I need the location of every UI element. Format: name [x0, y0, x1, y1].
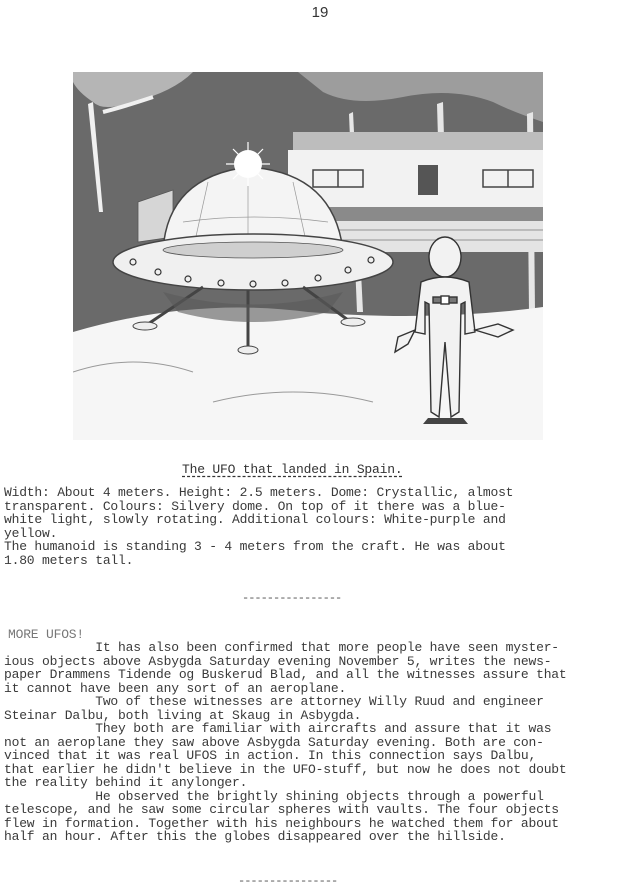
page-number: 19	[0, 4, 640, 21]
illustration-caption: The UFO that landed in Spain.	[182, 463, 402, 477]
ufo-landing-illustration	[73, 72, 543, 440]
article-body: It has also been confirmed that more peo…	[4, 641, 567, 844]
section-separator: ----------------	[242, 591, 341, 605]
ufo-description: Width: About 4 meters. Height: 2.5 meter…	[4, 486, 513, 567]
description-line: white light, slowly rotating. Additional…	[4, 512, 506, 527]
article-line: half an hour. After this the globes disa…	[4, 829, 506, 844]
end-separator: ----------------	[238, 874, 337, 888]
description-line: 1.80 meters tall.	[4, 553, 133, 568]
